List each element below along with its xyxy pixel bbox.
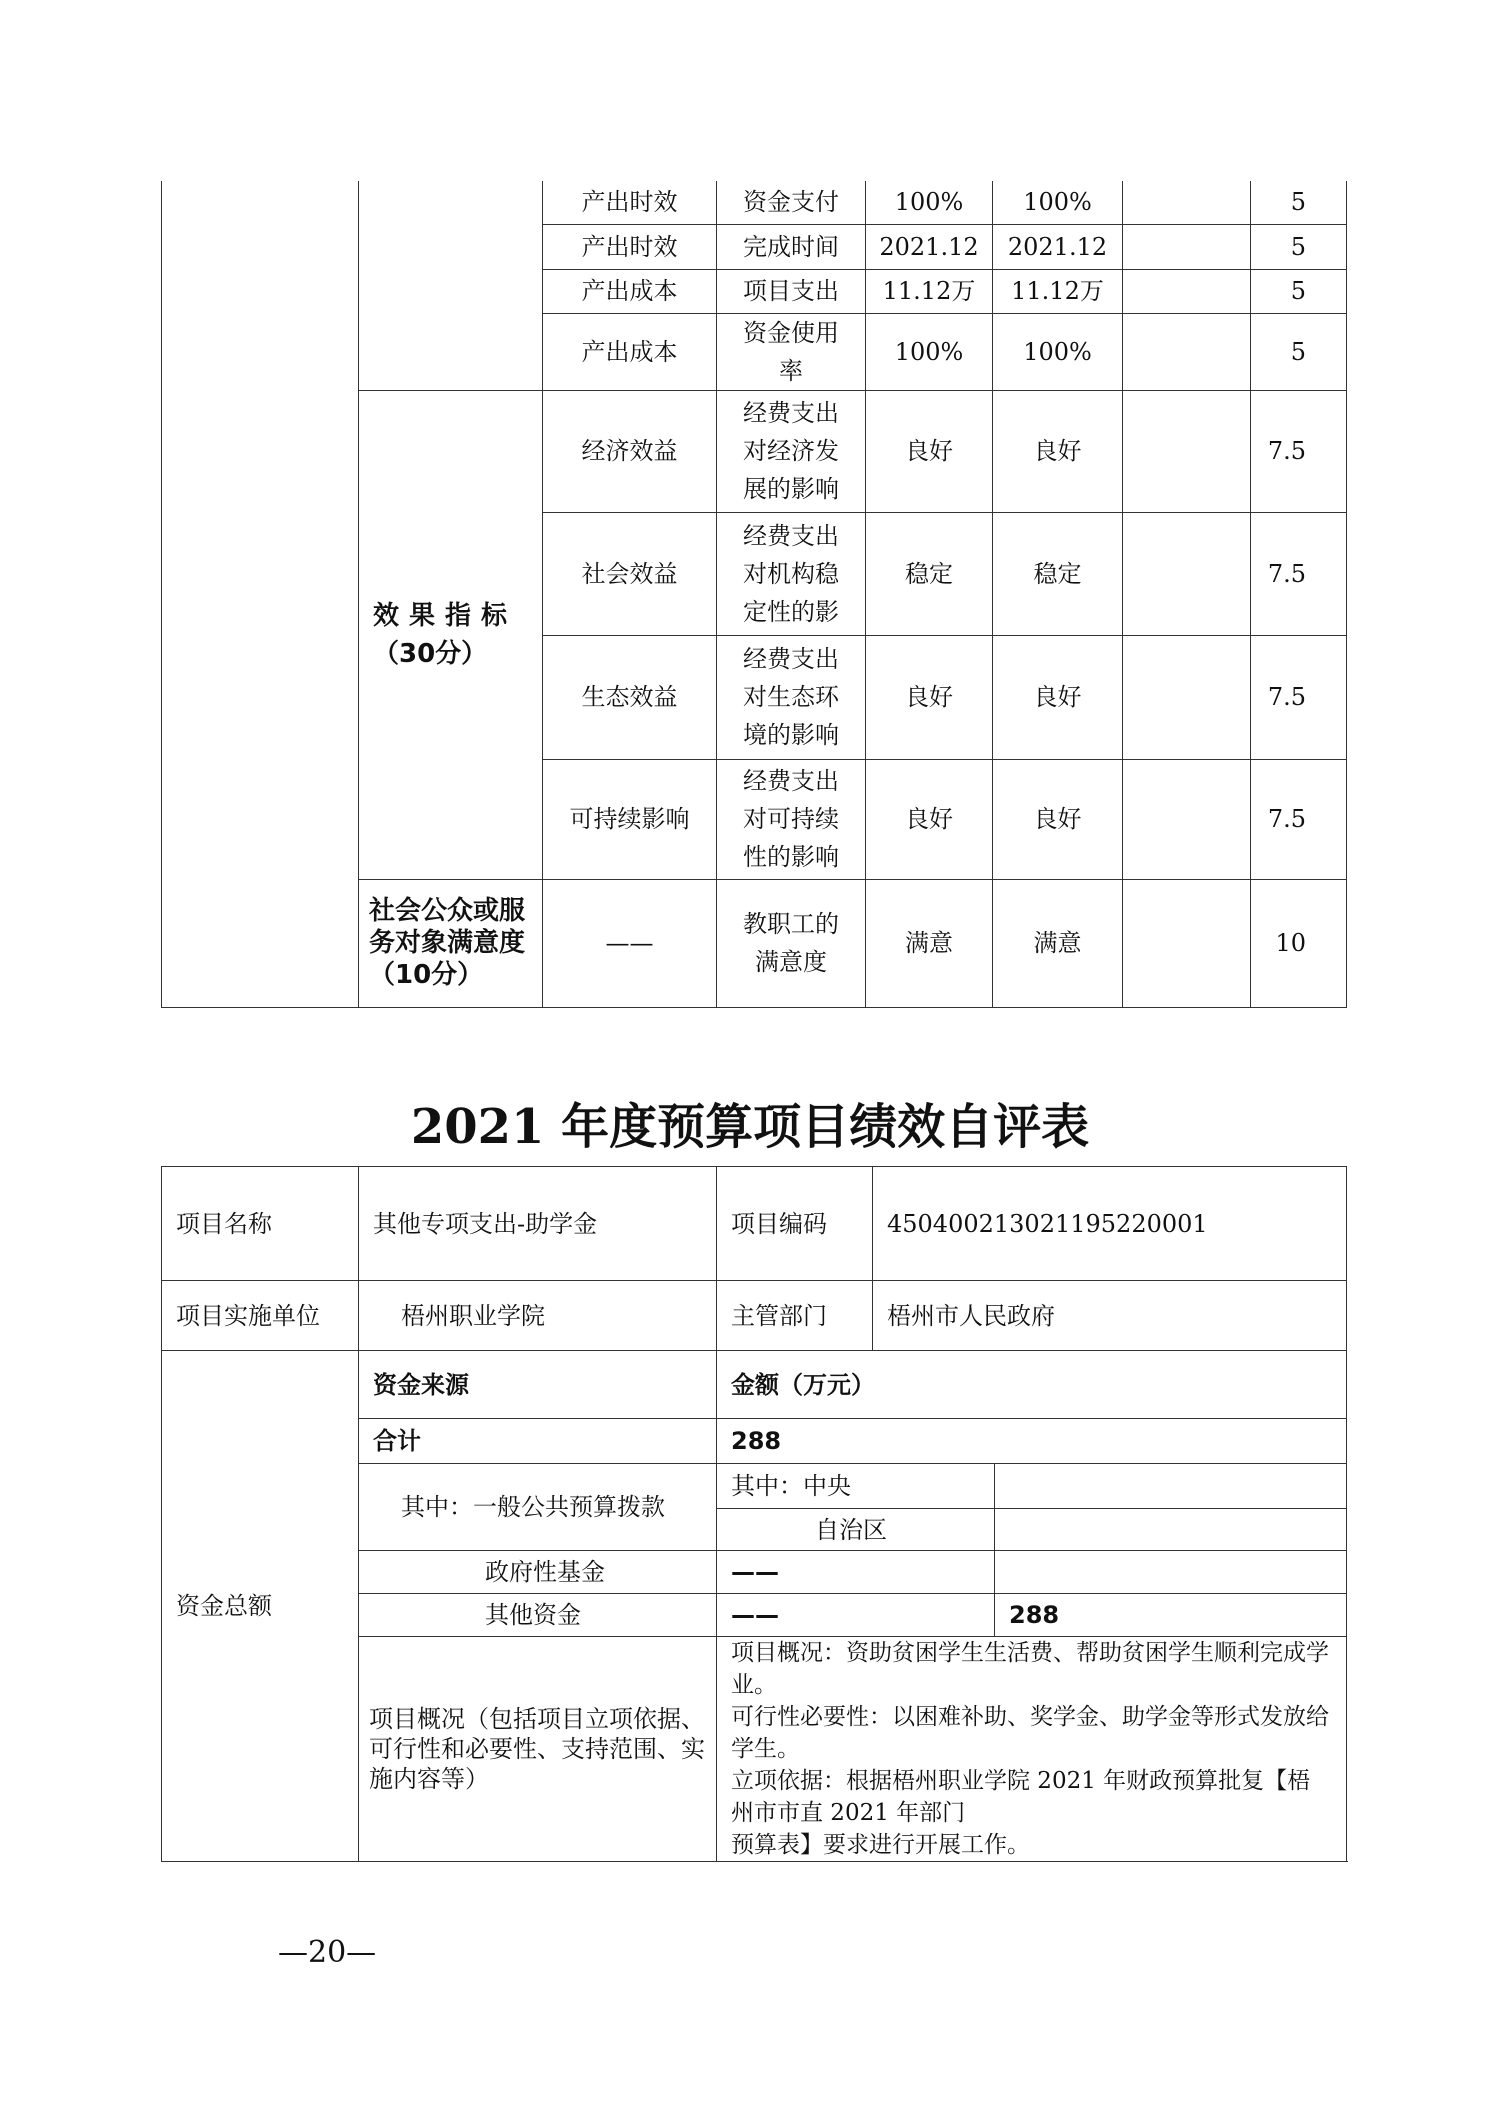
deviation xyxy=(1123,759,1251,879)
actual-value: 良好 xyxy=(993,390,1123,512)
general-budget-label: 其中：一般公共预算拨款 xyxy=(359,1464,717,1551)
actual-value: 100% xyxy=(993,313,1123,390)
indicator: 经费支出对经济发展的影响 xyxy=(717,390,866,512)
table-row: 产出时效 资金支付 100% 100% 5 xyxy=(162,181,1347,224)
second-level-indicator-cell xyxy=(359,181,543,390)
funds-amount-header: 金额（万元） xyxy=(717,1351,1347,1419)
target-value: 100% xyxy=(866,313,993,390)
first-level-indicator-cell xyxy=(162,181,359,1007)
project-code-label: 项目编码 xyxy=(717,1167,873,1281)
gov-fund-label: 政府性基金 xyxy=(359,1551,717,1594)
funds-total-label: 资金总额 xyxy=(162,1351,359,1862)
gov-fund-extra xyxy=(995,1551,1347,1594)
indicator: 教职工的满意度 xyxy=(717,879,866,1007)
table-row: 项目名称 其他专项支出-助学金 项目编码 4504002130211952200… xyxy=(162,1167,1347,1281)
region-label: 自治区 xyxy=(717,1509,995,1551)
central-value xyxy=(995,1464,1347,1509)
target-value: 满意 xyxy=(866,879,993,1007)
indicator: 经费支出对机构稳定性的影 xyxy=(717,512,866,635)
overview-line: 预算表】要求进行开展工作。 xyxy=(731,1829,1332,1861)
actual-value: 满意 xyxy=(993,879,1123,1007)
target-value: 2021.12 xyxy=(866,224,993,269)
score: 5 xyxy=(1251,181,1347,224)
target-value: 稳定 xyxy=(866,512,993,635)
indicator: 资金使用率 xyxy=(717,313,866,390)
other-funds-value: —— xyxy=(717,1594,995,1637)
indicator: 项目支出 xyxy=(717,269,866,313)
dept-value: 梧州市人民政府 xyxy=(873,1281,1347,1351)
sub-indicator: 生态效益 xyxy=(543,635,717,759)
other-funds-extra: 288 xyxy=(995,1594,1347,1637)
other-funds-label: 其他资金 xyxy=(359,1594,717,1637)
sub-indicator: 产出成本 xyxy=(543,269,717,313)
sub-indicator: 经济效益 xyxy=(543,390,717,512)
sub-indicator: 社会效益 xyxy=(543,512,717,635)
indicator: 经费支出对可持续性的影响 xyxy=(717,759,866,879)
project-name-label: 项目名称 xyxy=(162,1167,359,1281)
score: 5 xyxy=(1251,313,1347,390)
sub-indicator: 产出时效 xyxy=(543,181,717,224)
funds-source-header: 资金来源 xyxy=(359,1351,717,1419)
project-info-table: 项目名称 其他专项支出-助学金 项目编码 4504002130211952200… xyxy=(161,1166,1347,1862)
target-value: 良好 xyxy=(866,390,993,512)
actual-value: 良好 xyxy=(993,635,1123,759)
effect-indicator-group: 效果指标 （30分） xyxy=(359,390,543,879)
effect-indicator-points: （30分） xyxy=(373,635,528,673)
score: 7.5 xyxy=(1251,512,1347,635)
project-code-value: 450400213021195220001 xyxy=(873,1167,1347,1281)
deviation xyxy=(1123,390,1251,512)
table-row: 资金总额 资金来源 金额（万元） xyxy=(162,1351,1347,1419)
actual-value: 100% xyxy=(993,181,1123,224)
actual-value: 良好 xyxy=(993,759,1123,879)
overview-content: 项目概况：资助贫困学生生活费、帮助贫困学生顺利完成学业。 可行性必要性：以困难补… xyxy=(717,1637,1347,1862)
score: 7.5 xyxy=(1251,759,1347,879)
target-value: 良好 xyxy=(866,635,993,759)
overview-line: 项目概况：资助贫困学生生活费、帮助贫困学生顺利完成学业。 xyxy=(731,1637,1332,1701)
target-value: 100% xyxy=(866,181,993,224)
overview-label: 项目概况（包括项目立项依据、可行性和必要性、支持范围、实施内容等） xyxy=(359,1637,717,1862)
funds-total-row-label: 合计 xyxy=(359,1419,717,1464)
deviation xyxy=(1123,635,1251,759)
overview-line: 立项依据：根据梧州职业学院 2021 年财政预算批复【梧州市市直 2021 年部… xyxy=(731,1765,1332,1829)
page-title: 2021 年度预算项目绩效自评表 xyxy=(0,1088,1500,1157)
deviation xyxy=(1123,879,1251,1007)
deviation xyxy=(1123,512,1251,635)
deviation xyxy=(1123,269,1251,313)
gov-fund-value: —— xyxy=(717,1551,995,1594)
score: 5 xyxy=(1251,269,1347,313)
score: 7.5 xyxy=(1251,390,1347,512)
performance-indicator-table: 产出时效 资金支付 100% 100% 5 产出时效 完成时间 2021.12 … xyxy=(161,181,1347,1008)
indicator: 经费支出对生态环境的影响 xyxy=(717,635,866,759)
actual-value: 稳定 xyxy=(993,512,1123,635)
table-row: 项目实施单位 梧州职业学院 主管部门 梧州市人民政府 xyxy=(162,1281,1347,1351)
indicator: 资金支付 xyxy=(717,181,866,224)
effect-indicator-label: 效果指标 xyxy=(373,597,528,635)
impl-unit-value: 梧州职业学院 xyxy=(359,1281,717,1351)
target-value: 11.12万 xyxy=(866,269,993,313)
sub-indicator: —— xyxy=(543,879,717,1007)
actual-value: 2021.12 xyxy=(993,224,1123,269)
score: 7.5 xyxy=(1251,635,1347,759)
score: 10 xyxy=(1251,879,1347,1007)
overview-line: 可行性必要性：以困难补助、奖学金、助学金等形式发放给学生。 xyxy=(731,1701,1332,1765)
sub-indicator: 可持续影响 xyxy=(543,759,717,879)
sub-indicator: 产出时效 xyxy=(543,224,717,269)
impl-unit-label: 项目实施单位 xyxy=(162,1281,359,1351)
region-value xyxy=(995,1509,1347,1551)
score: 5 xyxy=(1251,224,1347,269)
satisfaction-indicator-label: 社会公众或服务对象满意度（10分） xyxy=(359,879,543,1007)
deviation xyxy=(1123,181,1251,224)
funds-total-value: 288 xyxy=(717,1419,1347,1464)
deviation xyxy=(1123,313,1251,390)
actual-value: 11.12万 xyxy=(993,269,1123,313)
project-name-value: 其他专项支出-助学金 xyxy=(359,1167,717,1281)
page-number: —20— xyxy=(278,1935,376,1970)
dept-label: 主管部门 xyxy=(717,1281,873,1351)
indicator: 完成时间 xyxy=(717,224,866,269)
target-value: 良好 xyxy=(866,759,993,879)
central-label: 其中：中央 xyxy=(717,1464,995,1509)
deviation xyxy=(1123,224,1251,269)
sub-indicator: 产出成本 xyxy=(543,313,717,390)
